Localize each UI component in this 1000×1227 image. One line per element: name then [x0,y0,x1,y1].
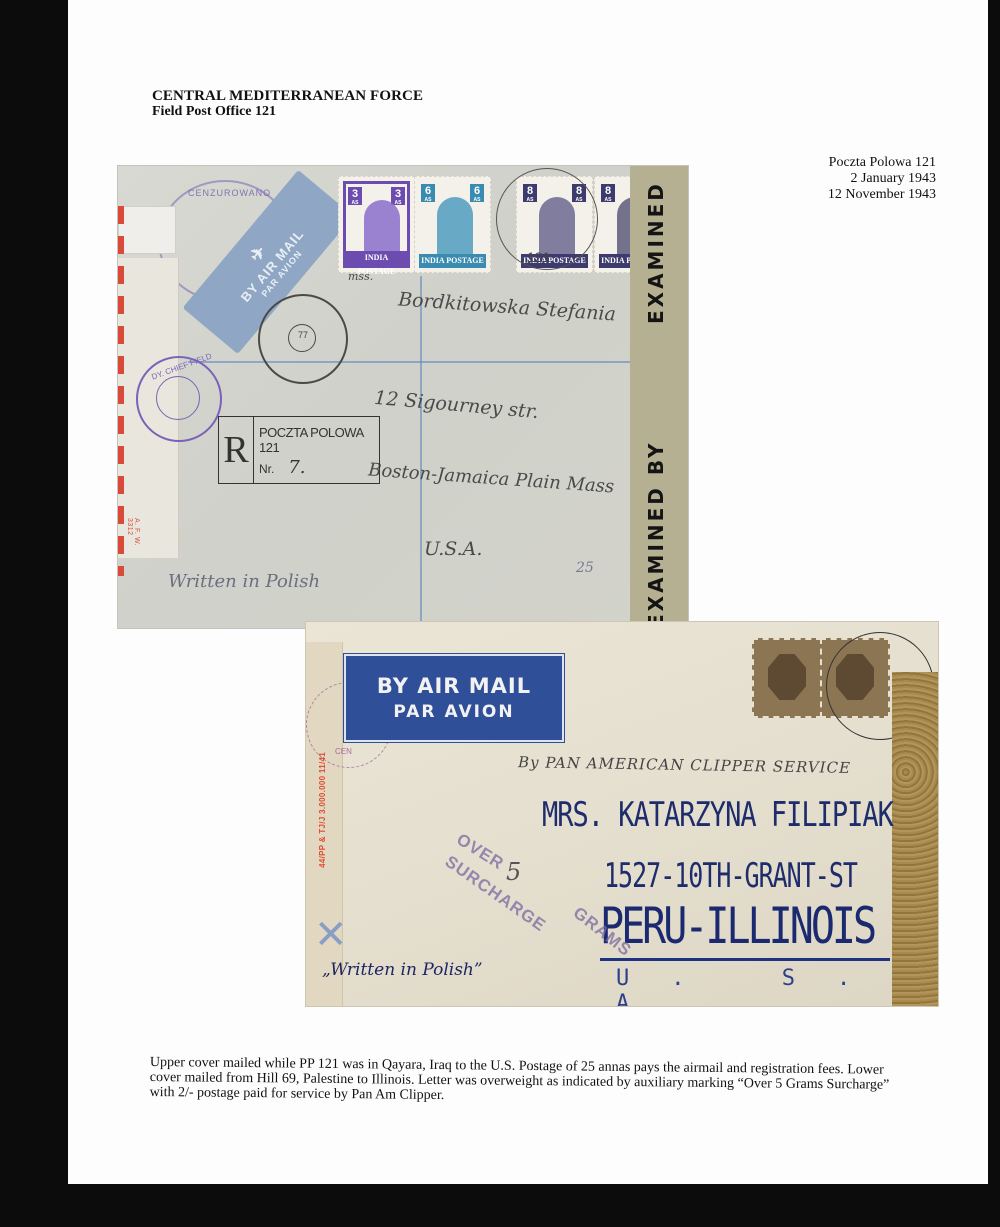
page-heading: CENTRAL MEDITERRANEAN FORCE Field Post O… [152,88,423,120]
registration-label: R POCZTA POLOWA 121 Nr.7. [218,416,380,484]
caption-date-2: 12 November 1943 [828,187,936,203]
pp121-postmark: 121 [496,168,598,270]
address-underline [600,958,890,961]
page-description: Upper cover mailed while PP 121 was in Q… [150,1055,890,1108]
censor-tape-text-bottom: EXAMINED BY [644,418,668,628]
caption-date-1: 2 January 1943 [828,171,936,187]
recipient-street: 1527-10TH-GRANT-ST [604,856,857,895]
cross-mark: ✕ [314,912,348,958]
address-line-3: Boston-Jamaica Plain Mass [368,459,615,497]
service-note: By PAN AMERICAN CLIPPER SERVICE [518,753,851,777]
transit-postmark: 77 [258,294,348,384]
recipient-name: MRS. KATARZYNA FILIPIAK [542,796,893,835]
india-stamp-6as: 6AS 6AS INDIA POSTAGE [414,176,491,273]
address-line-1: Bordkitowska Stefania [397,288,616,325]
india-stamp-3as: 3AS 3AS INDIA POSTAGE [338,176,415,273]
king-portrait [768,654,806,700]
censor-red-print [118,206,124,576]
censor-tape: EXAMINED EXAMINED BY [630,166,688,628]
recipient-city: PERU-ILLINOIS [600,898,874,956]
censor-label-top [118,206,176,254]
king-portrait [437,197,473,259]
upper-cover: CENZUROWANO ✈ BY AIR MAIL PAR AVION A. F… [118,166,688,628]
recipient-country: U. S. A. [616,966,938,1006]
registration-number: Nr.7. [259,457,306,478]
censor-strip-code: 44/PP & TJ/J 3.000.000 11/41 [318,752,327,868]
side-caption: Poczta Polowa 121 2 January 1943 12 Nove… [828,155,936,203]
lower-cover: 44/PP & TJ/J 3.000.000 11/41 CEN BY AIR … [306,622,938,1006]
page-title: CENTRAL MEDITERRANEAN FORCE [152,88,423,104]
censor-label-code: A. F. W. 3312 [126,518,140,558]
handwritten-note: Written in Polish [168,571,320,592]
registration-line-vertical [420,276,422,626]
registration-office: POCZTA POLOWA 121 [259,425,379,455]
page-subtitle: Field Post Office 121 [152,104,423,120]
censor-tape-text-top: EXAMINED [644,174,668,324]
caption-office: Poczta Polowa 121 [828,155,936,171]
gb-stamp [752,638,822,718]
airmail-label: BY AIR MAIL PAR AVION [344,654,564,742]
address-line-2: 12 Sigourney str. [373,387,539,423]
registration-letter: R [219,417,254,483]
handwritten-note: „Written in Polish” [322,960,483,980]
address-line-4: U.S.A. [424,538,482,560]
handwritten-mss: mss. [348,270,373,283]
censor-tape [892,672,938,1006]
chief-censor-handstamp: DY. CHIEF FIELD [136,356,222,442]
surcharge-handwritten-value: 5 [506,858,521,886]
handwritten-amount: 25 [576,560,594,576]
